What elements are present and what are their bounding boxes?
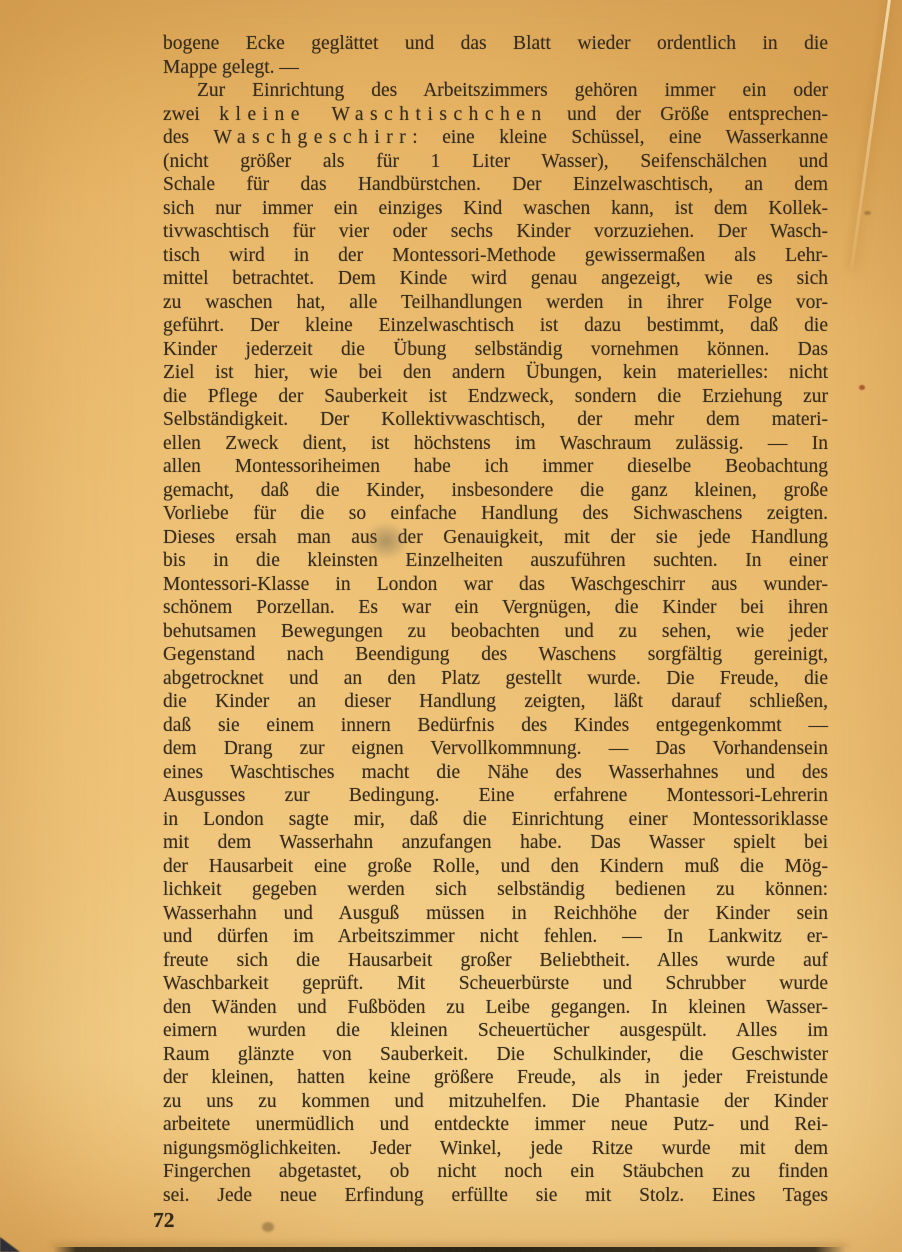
ink-speck (859, 385, 865, 390)
text-line: eines Waschtisches macht die Nähe des Wa… (163, 761, 828, 785)
text-line: Schale für das Handbürstchen. Der Einzel… (163, 173, 828, 197)
text-line: tisch wird in der Montessori-Methode gew… (163, 244, 828, 268)
text-line-paragraph-start: Zur Einrichtung des Arbeitszimmers gehör… (163, 79, 828, 103)
text-line: Vorliebe für die so einfache Handlung de… (163, 502, 828, 526)
text-line: Gegenstand nach Beendigung des Waschens … (163, 643, 828, 667)
text-line: Ausgusses zur Bedingung. Eine erfahrene … (163, 784, 828, 808)
text-line: Ziel ist hier, wie bei den andern Übunge… (163, 361, 828, 385)
text-line: sei. Jede neue Erfindung erfüllte sie mi… (163, 1184, 828, 1208)
text-line: der kleinen, hatten keine größere Freude… (163, 1066, 828, 1090)
text-line: des Waschgeschirr: eine kleine Schüssel,… (163, 126, 828, 150)
text-line: bogene Ecke geglättet und das Blatt wied… (163, 32, 828, 56)
text-line: die Pflege der Sauberkeit ist Endzweck, … (163, 385, 828, 409)
text-line: mit dem Wasserhahn anzufangen habe. Das … (163, 831, 828, 855)
text-line: Fingerchen abgetastet, ob nicht noch ein… (163, 1160, 828, 1184)
text-line: nigungsmöglichkeiten. Jeder Winkel, jede… (163, 1137, 828, 1161)
text-line: lichkeit gegeben werden sich selbständig… (163, 878, 828, 902)
text-line: Wasserhahn und Ausguß müssen in Reichhöh… (163, 902, 828, 926)
text-line: schönem Porzellan. Es war ein Vergnügen,… (163, 596, 828, 620)
text-line: Mappe gelegt. — (163, 56, 828, 80)
text-line: die Kinder an dieser Handlung zeigten, l… (163, 690, 828, 714)
text-line: arbeitete unermüdlich und entdeckte imme… (163, 1113, 828, 1137)
line-segment: : eine kleine Schüssel, eine Wasserkanne (412, 127, 828, 148)
text-line: sich nur immer ein einziges Kind waschen… (163, 197, 828, 221)
text-line: Dieses ersah man aus der Genauigkeit, mi… (163, 526, 828, 550)
text-line: gemacht, daß die Kinder, insbesondere di… (163, 479, 828, 503)
text-line: in London sagte mir, daß die Einrichtung… (163, 808, 828, 832)
body-text: bogene Ecke geglättet und das Blatt wied… (163, 32, 828, 1207)
line-segment: zwei (163, 104, 219, 125)
paper-crease (850, 0, 895, 269)
text-line: zwei kleine Waschtischchen und der Größe… (163, 103, 828, 127)
text-line: tivwaschtisch für vier oder sechs Kinder… (163, 220, 828, 244)
text-line: zu waschen hat, alle Teilhandlungen werd… (163, 291, 828, 315)
letterspaced-term: kleine Waschtischchen (219, 104, 547, 125)
text-line: abgetrocknet und an den Platz gestellt w… (163, 667, 828, 691)
scan-edge-bottom (52, 1247, 847, 1252)
text-line: Raum glänzte von Sauberkeit. Die Schulki… (163, 1043, 828, 1067)
line-segment: und der Größe entsprechen- (548, 104, 828, 125)
text-line: zu uns zu kommen und mitzuhelfen. Die Ph… (163, 1090, 828, 1114)
scan-corner-bottom-left (0, 1237, 20, 1252)
text-line: dem Drang zur eignen Vervollkommnung. — … (163, 737, 828, 761)
text-line: Kinder jederzeit die Übung selbständig v… (163, 338, 828, 362)
text-line: den Wänden und Fußböden zu Leibe gegange… (163, 996, 828, 1020)
text-line: allen Montessoriheimen habe ich immer di… (163, 455, 828, 479)
text-line: Selbständigkeit. Der Kollektivwaschtisch… (163, 408, 828, 432)
text-line: bis in die kleinsten Einzelheiten auszuf… (163, 549, 828, 573)
text-line: der Hausarbeit eine große Rolle, und den… (163, 855, 828, 879)
text-line: Waschbarkeit geprüft. Mit Scheuerbürste … (163, 972, 828, 996)
text-line: freute sich die Hausarbeit großer Belieb… (163, 949, 828, 973)
letterspaced-term: Waschgeschirr (214, 127, 413, 148)
line-segment: des (163, 127, 214, 148)
text-line: eimern wurden die kleinen Scheuertücher … (163, 1019, 828, 1043)
paper-stain-smudge (364, 522, 408, 560)
text-line: und dürfen im Arbeitszimmer nicht fehlen… (163, 925, 828, 949)
book-page-scan: bogene Ecke geglättet und das Blatt wied… (0, 0, 902, 1252)
paper-stain-dot (262, 1222, 274, 1232)
text-line: geführt. Der kleine Einzelwaschtisch ist… (163, 314, 828, 338)
text-line: (nicht größer als für 1 Liter Wasser), S… (163, 150, 828, 174)
text-line: mittel betrachtet. Dem Kinde wird genau … (163, 267, 828, 291)
text-line: Montessori-Klasse in London war das Wasc… (163, 573, 828, 597)
page-number: 72 (153, 1208, 175, 1233)
text-line: behutsamen Bewegungen zu beobachten und … (163, 620, 828, 644)
ink-speck-small (864, 211, 871, 215)
text-line: ellen Zweck dient, ist höchstens im Wasc… (163, 432, 828, 456)
text-line: daß sie einem innern Bedürfnis des Kinde… (163, 714, 828, 738)
